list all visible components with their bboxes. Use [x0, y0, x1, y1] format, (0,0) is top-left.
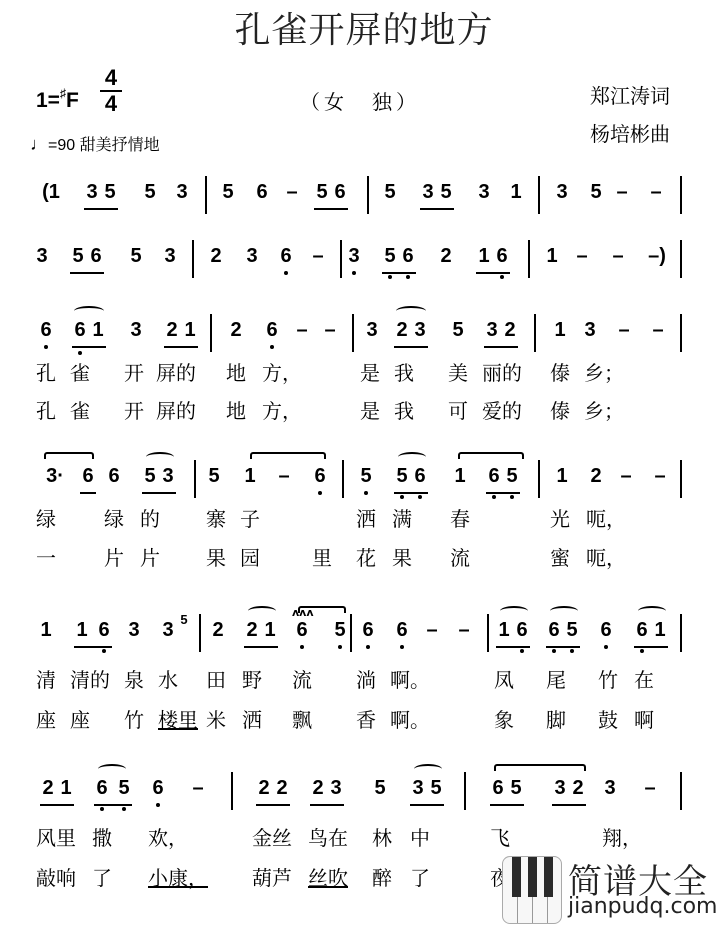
note: 3 — [410, 776, 426, 800]
note: 6 — [80, 464, 96, 488]
slur — [638, 606, 666, 616]
slur — [414, 764, 442, 774]
lyric: 脚 — [546, 704, 566, 733]
lyric: 香 — [356, 704, 376, 733]
note-digit: 6 — [98, 619, 109, 641]
underline — [84, 208, 118, 210]
note: 3 — [582, 318, 598, 342]
bar-line — [194, 460, 196, 498]
note-digit: 5 — [384, 245, 395, 267]
note: 1 — [496, 618, 512, 642]
underline — [420, 208, 454, 210]
note: 5 — [588, 180, 604, 204]
slur — [98, 764, 126, 774]
bar-line — [205, 176, 207, 214]
tie — [250, 452, 326, 459]
lyric: 啊。 — [390, 704, 430, 733]
time-sig-top: 4 — [100, 66, 122, 92]
note: 2 — [570, 776, 586, 800]
low-octave-dot — [552, 649, 556, 653]
lyric: 清 — [36, 664, 56, 693]
lyric: 林 — [372, 822, 392, 851]
note: 1 — [242, 464, 258, 488]
note: 5 — [438, 180, 454, 204]
low-octave-dot — [44, 345, 48, 349]
note: 1 — [452, 464, 468, 488]
song-title: 孔雀开屏的地方 — [0, 2, 728, 53]
lyric: 开 — [124, 395, 144, 424]
lyric: 里 — [312, 542, 332, 571]
sharp-icon: ♯ — [60, 86, 66, 100]
note-digit: 6 — [280, 245, 291, 267]
lyric: 清的 — [70, 664, 110, 693]
note: 6 — [412, 464, 428, 488]
note-digit: 6 — [516, 619, 527, 641]
low-octave-dot — [500, 275, 504, 279]
lyric: 凤 — [494, 664, 514, 693]
bar-line — [367, 176, 369, 214]
lyric: 我 — [394, 395, 414, 424]
note: 6 — [400, 244, 416, 268]
note: 5 — [220, 180, 236, 204]
note: 1 — [58, 776, 74, 800]
note: 3 — [420, 180, 436, 204]
dash: – — [610, 244, 626, 268]
lyrics-verse-2-row-4: 一 片 片 果 园 里 花 果 流 蜜 呃， — [0, 542, 728, 572]
lyric: 傣 — [550, 357, 570, 386]
low-octave-dot — [364, 491, 368, 495]
note: 2 — [244, 618, 260, 642]
bar-line — [192, 240, 194, 278]
lyric: 地 — [226, 357, 246, 386]
note: 1 — [552, 318, 568, 342]
dash: – — [322, 318, 338, 342]
bar-line — [199, 614, 201, 652]
lyric: 鸟在 — [308, 822, 348, 851]
lyric: 流 — [450, 542, 470, 571]
note: 6 — [150, 776, 166, 800]
underline — [552, 804, 586, 806]
lyric: 方， — [262, 357, 302, 386]
lyric: 竹 — [598, 664, 618, 693]
note: 5 — [564, 618, 580, 642]
note: 1 — [554, 464, 570, 488]
lyric: 绿 — [36, 503, 56, 532]
lyric: 葫芦 — [252, 862, 292, 891]
tie — [458, 452, 524, 459]
lyric: 鼓 — [598, 704, 618, 733]
quarter-note-icon: ♩ — [30, 134, 48, 154]
watermark-logo: 简谱大全 jianpudq.com — [492, 854, 728, 926]
dash: – — [652, 464, 668, 488]
low-octave-dot — [78, 351, 82, 355]
lyric: 淌 — [356, 664, 376, 693]
note: 3 — [126, 618, 142, 642]
bar-line — [534, 314, 536, 352]
lyric: 子 — [240, 503, 260, 532]
note-digit: 6 — [314, 465, 325, 487]
lyric: 丽的 — [482, 357, 522, 386]
note-digit: 6 — [496, 245, 507, 267]
lyric: 了 — [92, 862, 112, 891]
note: 5 — [314, 180, 330, 204]
lyric: 水 — [158, 664, 178, 693]
slur — [74, 306, 104, 316]
lyric: 翔， — [602, 822, 642, 851]
dash-close-paren: –) — [644, 244, 670, 268]
lyric: 丝吹 — [308, 862, 348, 891]
lyric: 洒 — [242, 704, 262, 733]
note: 2 — [40, 776, 56, 800]
lyric: 一 — [36, 542, 56, 571]
bar-line — [680, 614, 682, 652]
note: 6 — [514, 618, 530, 642]
low-octave-dot — [520, 649, 524, 653]
score-row-5: 1 1 6 3 3 5 2 2 1 ʌʌʌ 6 5 6 6 – – 1 6 6 … — [0, 618, 728, 652]
lyric: 片 — [104, 542, 124, 571]
note-digit: 6 — [296, 619, 307, 641]
slur — [398, 452, 426, 462]
underline — [476, 272, 510, 274]
dash: – — [650, 318, 666, 342]
lyric: 了 — [410, 862, 430, 891]
note: 1 — [652, 618, 668, 642]
lyrics-verse-1-row-5: 清 清的 泉 水 田 野 流 淌 啊。 凤 尾 竹 在 — [0, 664, 728, 694]
note: 2 — [228, 318, 244, 342]
note: 5 — [142, 180, 158, 204]
lyric: 绿 — [104, 503, 124, 532]
lyric: 果 — [392, 542, 412, 571]
dash: – — [642, 776, 658, 800]
note-digit: 5 — [118, 777, 129, 799]
dotted-note: 3· — [42, 464, 68, 488]
note-digit: 6 — [266, 319, 277, 341]
lyric: 雀 — [70, 357, 90, 386]
note-digit: 6 — [74, 319, 85, 341]
lyric: 满 — [392, 503, 412, 532]
score-row-4: 3· 6 6 5 3 5 1 – 6 5 5 6 1 6 5 1 2 – – — [0, 464, 728, 498]
note: 5 — [394, 464, 410, 488]
lyric: 飞 — [490, 822, 510, 851]
note: 2 — [256, 776, 272, 800]
underline — [314, 208, 348, 210]
bar-line — [680, 240, 682, 278]
low-octave-dot — [156, 803, 160, 807]
lyric: 金丝 — [252, 822, 292, 851]
note-digit: 3 — [348, 245, 359, 267]
low-octave-dot — [604, 645, 608, 649]
dash: – — [424, 618, 440, 642]
dash: – — [310, 244, 326, 268]
underline — [94, 804, 132, 806]
lyric: 屏的 — [156, 357, 196, 386]
slur — [500, 606, 528, 616]
note: 3 — [412, 318, 428, 342]
underline — [546, 646, 580, 648]
note-digit: 5 — [566, 619, 577, 641]
lyric: 小康， — [148, 862, 208, 891]
lyric: 座 — [36, 704, 56, 733]
note: 6 — [94, 776, 110, 800]
tie — [44, 452, 94, 459]
note: 3 — [554, 180, 570, 204]
note: 3 — [552, 776, 568, 800]
lyric: 雀 — [70, 395, 90, 424]
note: 3 — [160, 618, 176, 642]
note-digit: 6 — [600, 619, 611, 641]
note: 3 — [84, 180, 100, 204]
lyric: 开 — [124, 357, 144, 386]
lyric: 风里 — [36, 822, 76, 851]
note: 3 — [346, 244, 362, 268]
underline — [490, 804, 524, 806]
note: 3 — [160, 464, 176, 488]
dash: – — [574, 244, 590, 268]
note: 6 — [394, 618, 410, 642]
tempo-marking: ♩=90 甜美抒情地 — [30, 132, 160, 155]
bar-line — [528, 240, 530, 278]
bar-line — [487, 614, 489, 652]
note-digit: 6 — [96, 777, 107, 799]
lyrics-verse-1-row-3: 孔 雀 开 屏的 地 方， 是 我 美 丽的 傣 乡； — [0, 357, 728, 387]
note: 1 — [544, 244, 560, 268]
note-digit: 6 — [548, 619, 559, 641]
slur — [550, 606, 578, 616]
lyrics-verse-1-row-4: 绿 绿 的 寨 子 洒 满 春 光 呃， — [0, 503, 728, 533]
low-octave-dot — [352, 271, 356, 275]
tempo-text: =90 甜美抒情地 — [48, 137, 160, 154]
lyric: 孔 — [36, 395, 56, 424]
note: 6 — [546, 618, 562, 642]
key-prefix: 1= — [36, 89, 60, 112]
low-octave-dot — [400, 495, 404, 499]
score-row-1: (1 3 5 5 3 5 6 – 5 6 5 3 5 3 1 3 5 – – — [0, 180, 728, 214]
lyric: 寨 — [206, 503, 226, 532]
note-digit: 6 — [396, 619, 407, 641]
low-octave-dot — [640, 649, 644, 653]
bar-line — [538, 460, 540, 498]
lyric: 尾 — [546, 664, 566, 693]
bar-line — [231, 772, 233, 810]
underline — [142, 492, 176, 494]
note: 5 — [428, 776, 444, 800]
note: 5 — [382, 180, 398, 204]
lyric: 乡； — [584, 357, 624, 386]
note: 6 — [254, 180, 270, 204]
lyric: 片 — [140, 542, 160, 571]
note: 5 — [450, 318, 466, 342]
note: 6 — [634, 618, 650, 642]
lyric: 欢， — [148, 822, 188, 851]
note-digit: 6 — [488, 465, 499, 487]
lyricist: 郑江涛词 — [590, 80, 670, 109]
note-digit: 5 — [506, 465, 517, 487]
grace-note: 5 — [176, 608, 192, 632]
note: 6 — [72, 318, 88, 342]
dash: – — [618, 464, 634, 488]
note: 1 — [74, 618, 90, 642]
lyric: 光 — [550, 503, 570, 532]
lyric: 楼里 — [158, 704, 198, 733]
score-row-2: 3 5 6 5 3 2 3 6 – 3 5 6 2 1 6 1 – – –) — [0, 244, 728, 278]
lyric: 花 — [356, 542, 376, 571]
note: 5 — [102, 180, 118, 204]
note: 5 — [142, 464, 158, 488]
underline — [310, 804, 344, 806]
note: 6 — [264, 318, 280, 342]
lyric: 泉 — [124, 664, 144, 693]
note-digit: 6 — [152, 777, 163, 799]
underline — [394, 346, 428, 348]
lyric: 醉 — [372, 862, 392, 891]
dash: – — [276, 464, 292, 488]
lyric: 野 — [242, 664, 262, 693]
note: 1 — [476, 244, 492, 268]
note: 6 — [106, 464, 122, 488]
underline — [484, 346, 518, 348]
note: 5 — [116, 776, 132, 800]
note: 6 — [490, 776, 506, 800]
lyric: 呃， — [586, 542, 626, 571]
dash: – — [648, 180, 664, 204]
note: 3 — [602, 776, 618, 800]
low-octave-dot — [300, 645, 304, 649]
note: 5 — [382, 244, 398, 268]
note: 6 — [486, 464, 502, 488]
bar-line — [680, 314, 682, 352]
lyric: 象 — [494, 704, 514, 733]
bar-line — [680, 460, 682, 498]
key-note: F — [66, 89, 79, 112]
low-octave-dot — [510, 495, 514, 499]
lyric: 座 — [70, 704, 90, 733]
low-octave-dot — [318, 491, 322, 495]
underline — [394, 492, 428, 494]
underline — [72, 346, 106, 348]
lyric: 在 — [634, 664, 654, 693]
low-octave-dot — [366, 645, 370, 649]
note: 2 — [502, 318, 518, 342]
bar-line — [340, 240, 342, 278]
note-digit: 5 — [360, 465, 371, 487]
note: 2 — [210, 618, 226, 642]
note-digit: 6 — [402, 245, 413, 267]
note: 3 — [476, 180, 492, 204]
dash: – — [456, 618, 472, 642]
lyric: 洒 — [356, 503, 376, 532]
note: 5 — [206, 464, 222, 488]
note: 6 — [332, 180, 348, 204]
lyric: 我 — [394, 357, 414, 386]
note: (1 — [38, 180, 64, 204]
underline — [496, 646, 530, 648]
piano-keys-icon — [502, 856, 562, 924]
dash: – — [614, 180, 630, 204]
note-digit: 6 — [40, 319, 51, 341]
lyric: 呃， — [586, 503, 626, 532]
key-signature: 1=♯F — [36, 88, 79, 113]
lyrics-verse-1-row-6: 风里 撒 欢， 金丝 鸟在 林 中 飞 翔， — [0, 822, 728, 852]
time-signature: 4 4 — [100, 66, 122, 116]
note: 1 — [90, 318, 106, 342]
score-row-3: 6 6 1 3 2 1 2 6 – – 3 2 3 5 3 2 1 3 – – — [0, 318, 728, 352]
lyric: 蜜 — [550, 542, 570, 571]
note: 3 — [34, 244, 50, 268]
note: 6 — [360, 618, 376, 642]
underline — [634, 646, 668, 648]
note: 6 — [494, 244, 510, 268]
note: 2 — [274, 776, 290, 800]
note: 5 — [508, 776, 524, 800]
tie — [494, 764, 586, 771]
note: 1 — [182, 318, 198, 342]
note: 6 — [88, 244, 104, 268]
dash: – — [284, 180, 300, 204]
dash: – — [294, 318, 310, 342]
lyric: 美 — [448, 357, 468, 386]
low-octave-dot — [570, 649, 574, 653]
underline — [382, 272, 416, 274]
low-octave-dot — [102, 649, 106, 653]
low-octave-dot — [418, 495, 422, 499]
time-sig-bottom: 4 — [105, 91, 117, 116]
lyric: 园 — [240, 542, 260, 571]
note: 5 — [358, 464, 374, 488]
lyric: 流 — [292, 664, 312, 693]
note: 2 — [588, 464, 604, 488]
lyric: 果 — [206, 542, 226, 571]
dash: – — [190, 776, 206, 800]
lyric: 敲响 — [36, 862, 76, 891]
low-octave-dot — [100, 807, 104, 811]
composer: 杨培彬曲 — [590, 118, 670, 147]
lyric: 撒 — [92, 822, 112, 851]
underline — [70, 272, 104, 274]
lyrics-verse-2-row-5: 座 座 竹 楼里 米 洒 飘 香 啊。 象 脚 鼓 啊 — [0, 704, 728, 734]
note: 1 — [508, 180, 524, 204]
low-octave-dot — [122, 807, 126, 811]
underline — [486, 492, 520, 494]
note: 3 — [162, 244, 178, 268]
bar-line — [680, 772, 682, 810]
note: 2 — [438, 244, 454, 268]
note: 2 — [208, 244, 224, 268]
lyric: 可 — [448, 395, 468, 424]
lyric: 爱的 — [482, 395, 522, 424]
bar-line — [680, 176, 682, 214]
low-octave-dot — [400, 645, 404, 649]
lyric: 啊 — [634, 704, 654, 733]
note: 2 — [164, 318, 180, 342]
note: 1 — [262, 618, 278, 642]
note: 5 — [504, 464, 520, 488]
lyric: 的 — [140, 503, 160, 532]
note: 6 — [278, 244, 294, 268]
underline — [410, 804, 444, 806]
bar-line — [538, 176, 540, 214]
note: 3 — [364, 318, 380, 342]
note: 5 — [70, 244, 86, 268]
lyric: 屏的 — [156, 395, 196, 424]
underline — [244, 646, 278, 648]
low-octave-dot — [270, 345, 274, 349]
lyric: 地 — [226, 395, 246, 424]
note: 6 — [294, 618, 310, 642]
note: 5 — [332, 618, 348, 642]
note: 6 — [312, 464, 328, 488]
note: 3 — [328, 776, 344, 800]
lyric: 傣 — [550, 395, 570, 424]
